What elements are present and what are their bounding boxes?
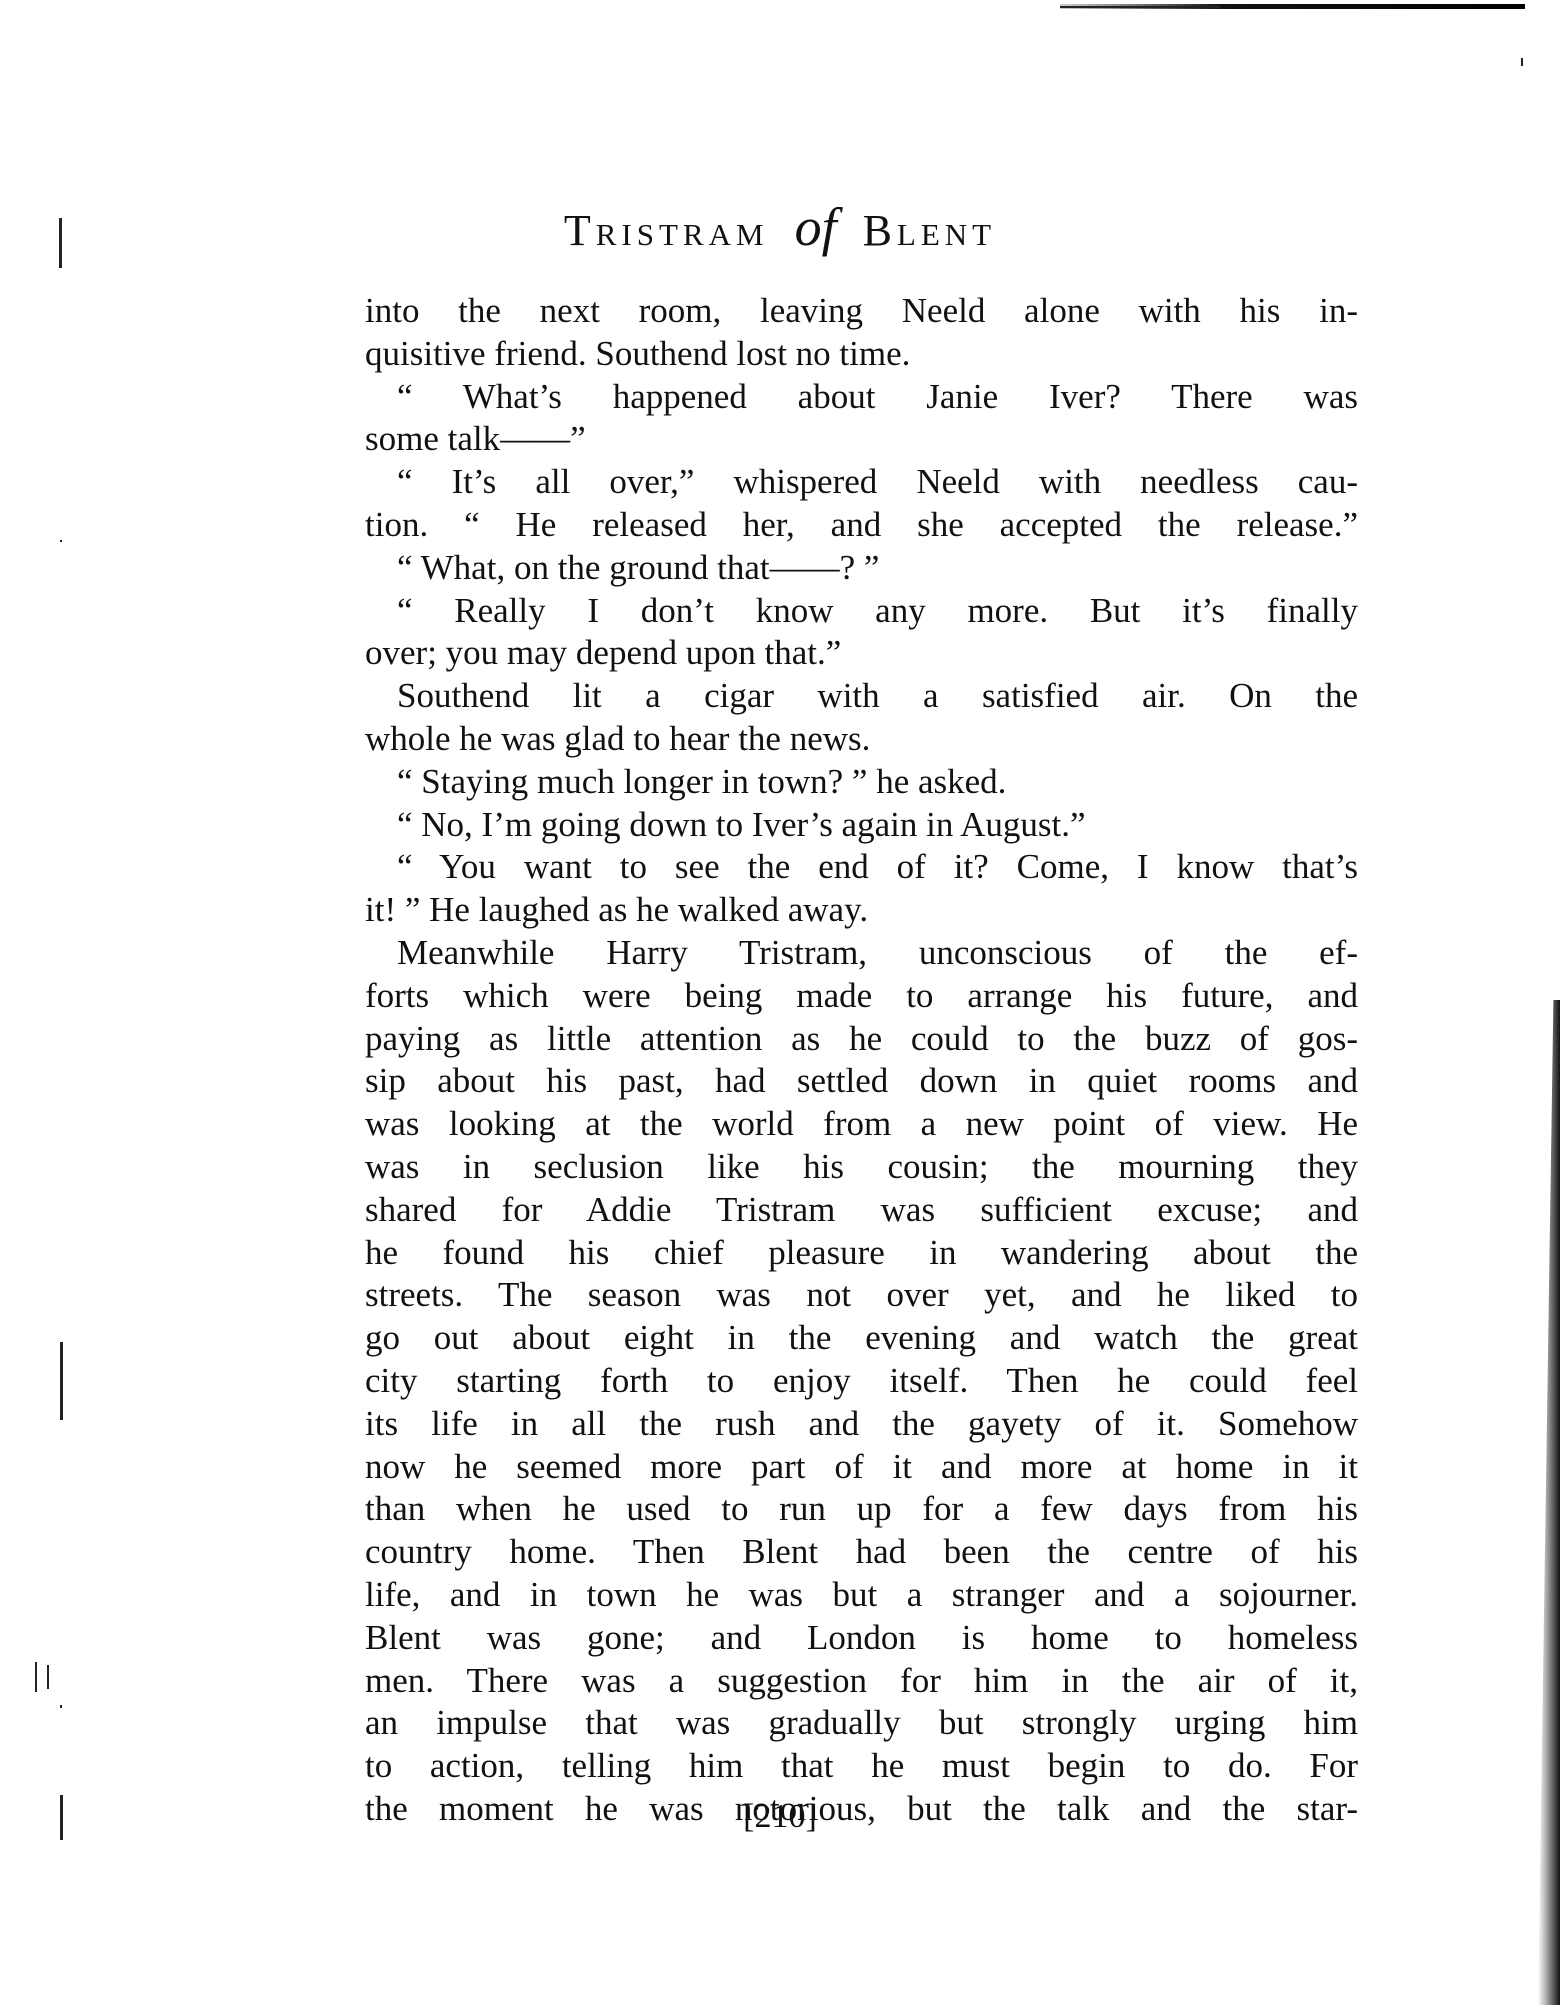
text-line: “ Really I don’t know any more. But it’s…: [365, 590, 1358, 633]
text-line: quisitive friend. Southend lost no time.: [365, 333, 1358, 376]
text-line: than when he used to run up for a few da…: [365, 1488, 1358, 1531]
text-line: whole he was glad to hear the news.: [365, 718, 1358, 761]
running-head-of: of: [795, 197, 837, 257]
page-number: [210]: [0, 1798, 1560, 1836]
scan-margin-mark: [60, 1342, 63, 1420]
text-line: “ You want to see the end of it? Come, I…: [365, 846, 1358, 889]
scan-right-edge: [1538, 1000, 1560, 2005]
text-line: “ Staying much longer in town? ” he aske…: [365, 761, 1358, 804]
scan-margin-mark: [47, 1665, 49, 1689]
text-line: into the next room, leaving Neeld alone …: [365, 290, 1358, 333]
scan-margin-mark: [60, 1795, 63, 1840]
text-line: to action, telling him that he must begi…: [365, 1745, 1358, 1788]
text-line: an impulse that was gradually but strong…: [365, 1702, 1358, 1745]
text-line: men. There was a suggestion for him in t…: [365, 1660, 1358, 1703]
text-line: forts which were being made to arrange h…: [365, 975, 1358, 1018]
text-line: some talk——”: [365, 418, 1358, 461]
body-text: into the next room, leaving Neeld alone …: [365, 290, 1358, 1831]
text-line: over; you may depend upon that.”: [365, 632, 1358, 675]
running-head: Tristram of Blent: [0, 196, 1560, 258]
scan-margin-mark: [60, 1705, 62, 1708]
text-line: “ What, on the ground that——? ”: [365, 547, 1358, 590]
text-line: country home. Then Blent had been the ce…: [365, 1531, 1358, 1574]
running-head-title-part2: Blent: [863, 206, 997, 255]
scan-margin-mark: [1521, 58, 1523, 66]
text-line: tion. “ He released her, and she accepte…: [365, 504, 1358, 547]
text-line: sip about his past, had settled down in …: [365, 1060, 1358, 1103]
scan-margin-mark: [35, 1662, 37, 1692]
text-line: it! ” He laughed as he walked away.: [365, 889, 1358, 932]
scan-margin-mark: [59, 218, 62, 268]
text-line: its life in all the rush and the gayety …: [365, 1403, 1358, 1446]
text-line: now he seemed more part of it and more a…: [365, 1446, 1358, 1489]
scan-margin-mark: [60, 540, 62, 542]
text-line: Blent was gone; and London is home to ho…: [365, 1617, 1358, 1660]
text-line: was looking at the world from a new poin…: [365, 1103, 1358, 1146]
text-line: Meanwhile Harry Tristram, unconscious of…: [365, 932, 1358, 975]
text-line: shared for Addie Tristram was sufficient…: [365, 1189, 1358, 1232]
running-head-title-part1: Tristram: [564, 206, 769, 255]
text-line: paying as little attention as he could t…: [365, 1018, 1358, 1061]
text-line: city starting forth to enjoy itself. The…: [365, 1360, 1358, 1403]
text-line: he found his chief pleasure in wandering…: [365, 1232, 1358, 1275]
text-line: streets. The season was not over yet, an…: [365, 1274, 1358, 1317]
text-line: “ It’s all over,” whispered Neeld with n…: [365, 461, 1358, 504]
text-line: was in seclusion like his cousin; the mo…: [365, 1146, 1358, 1189]
text-line: “ No, I’m going down to Iver’s again in …: [365, 804, 1358, 847]
scan-top-rule-thin: [1060, 6, 1220, 8]
text-line: Southend lit a cigar with a satisfied ai…: [365, 675, 1358, 718]
text-line: life, and in town he was but a stranger …: [365, 1574, 1358, 1617]
text-line: “ What’s happened about Janie Iver? Ther…: [365, 376, 1358, 419]
text-line: go out about eight in the evening and wa…: [365, 1317, 1358, 1360]
